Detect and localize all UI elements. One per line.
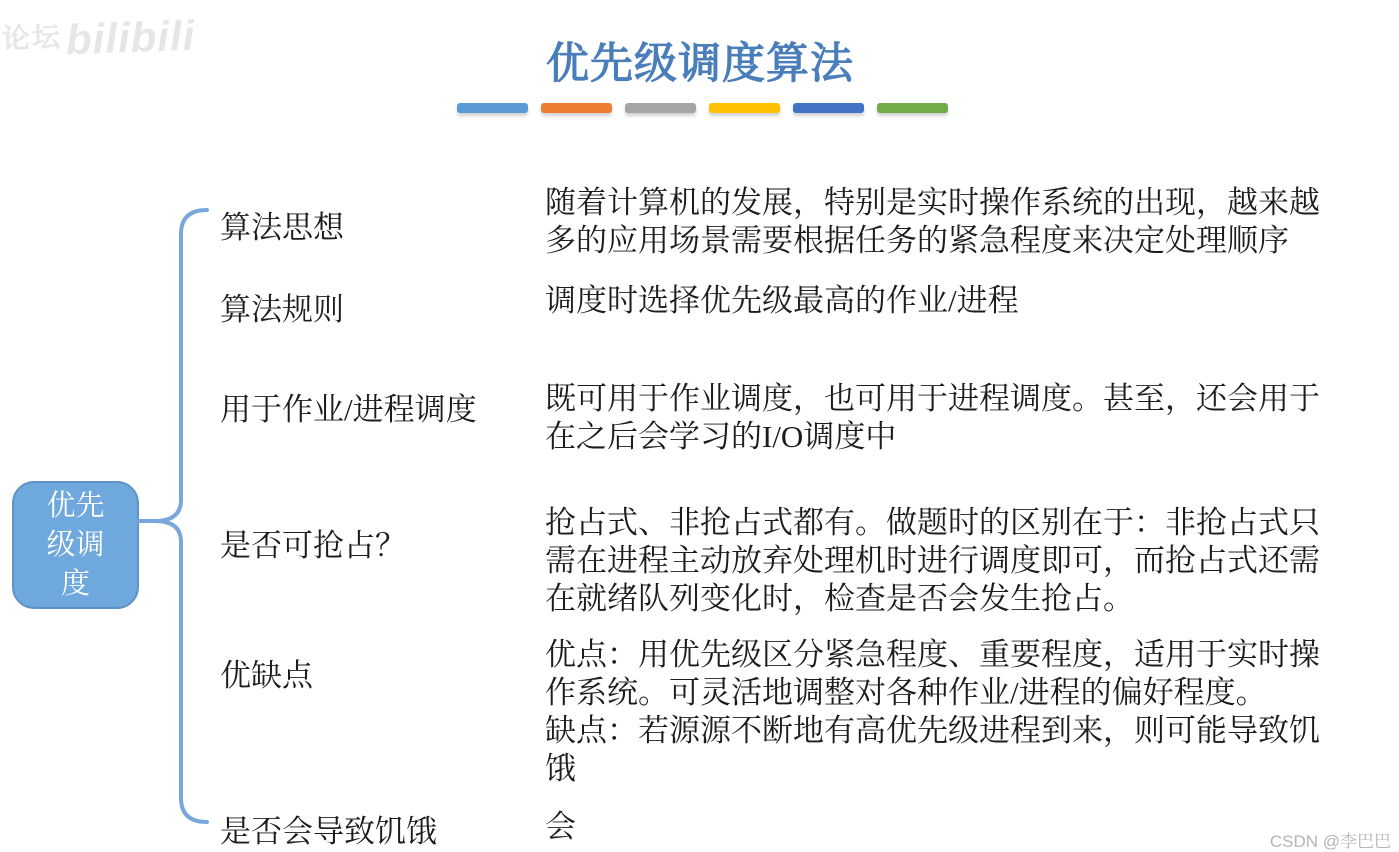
divider-bar [457,103,528,113]
row-content-starvation: 会 [545,808,576,846]
row-content-preemptive: 抢占式、非抢占式都有。做题时的区别在于：非抢占式只 需在进程主动放弃处理机时进行… [545,504,1320,618]
row-content-idea: 随着计算机的发展，特别是实时操作系统的出现，越来越 多的应用场景需要根据任务的紧… [545,184,1320,260]
watermark-csdn: CSDN @李巴巴 [1270,827,1391,852]
slide-page: 论坛 bilibili 优先级调度算法 优先 级调 度 算法思想 随着计算机的发… [0,0,1399,852]
topic-node: 优先 级调 度 [12,481,139,609]
row-label-preemptive: 是否可抢占？ [220,520,406,565]
row-label-rule: 算法规则 [220,284,344,329]
bilibili-logo: bilibili [65,12,196,63]
row-label-pros-cons: 优缺点 [220,650,313,695]
row-content-rule: 调度时选择优先级最高的作业/进程 [545,282,1019,320]
divider-bar [793,103,864,113]
page-title: 优先级调度算法 [400,30,1000,91]
row-label-idea: 算法思想 [220,202,344,247]
title-divider-bars [457,103,957,113]
divider-bar [709,103,780,113]
row-content-pros-cons: 优点：用优先级区分紧急程度、重要程度，适用于实时操 作系统。可灵活地调整对各种作… [545,636,1320,788]
brace-connector [130,200,210,835]
divider-bar [541,103,612,113]
divider-bar [877,103,948,113]
divider-bar [625,103,696,113]
watermark-forum-text: 论坛 [1,22,62,55]
row-content-scope: 既可用于作业调度，也可用于进程调度。甚至，还会用于 在之后会学习的I/O调度中 [545,380,1320,456]
row-label-starvation: 是否会导致饥饿 [220,806,437,851]
watermark-bilibili: 论坛 bilibili [1,11,196,67]
row-label-scope: 用于作业/进程调度 [220,384,477,429]
